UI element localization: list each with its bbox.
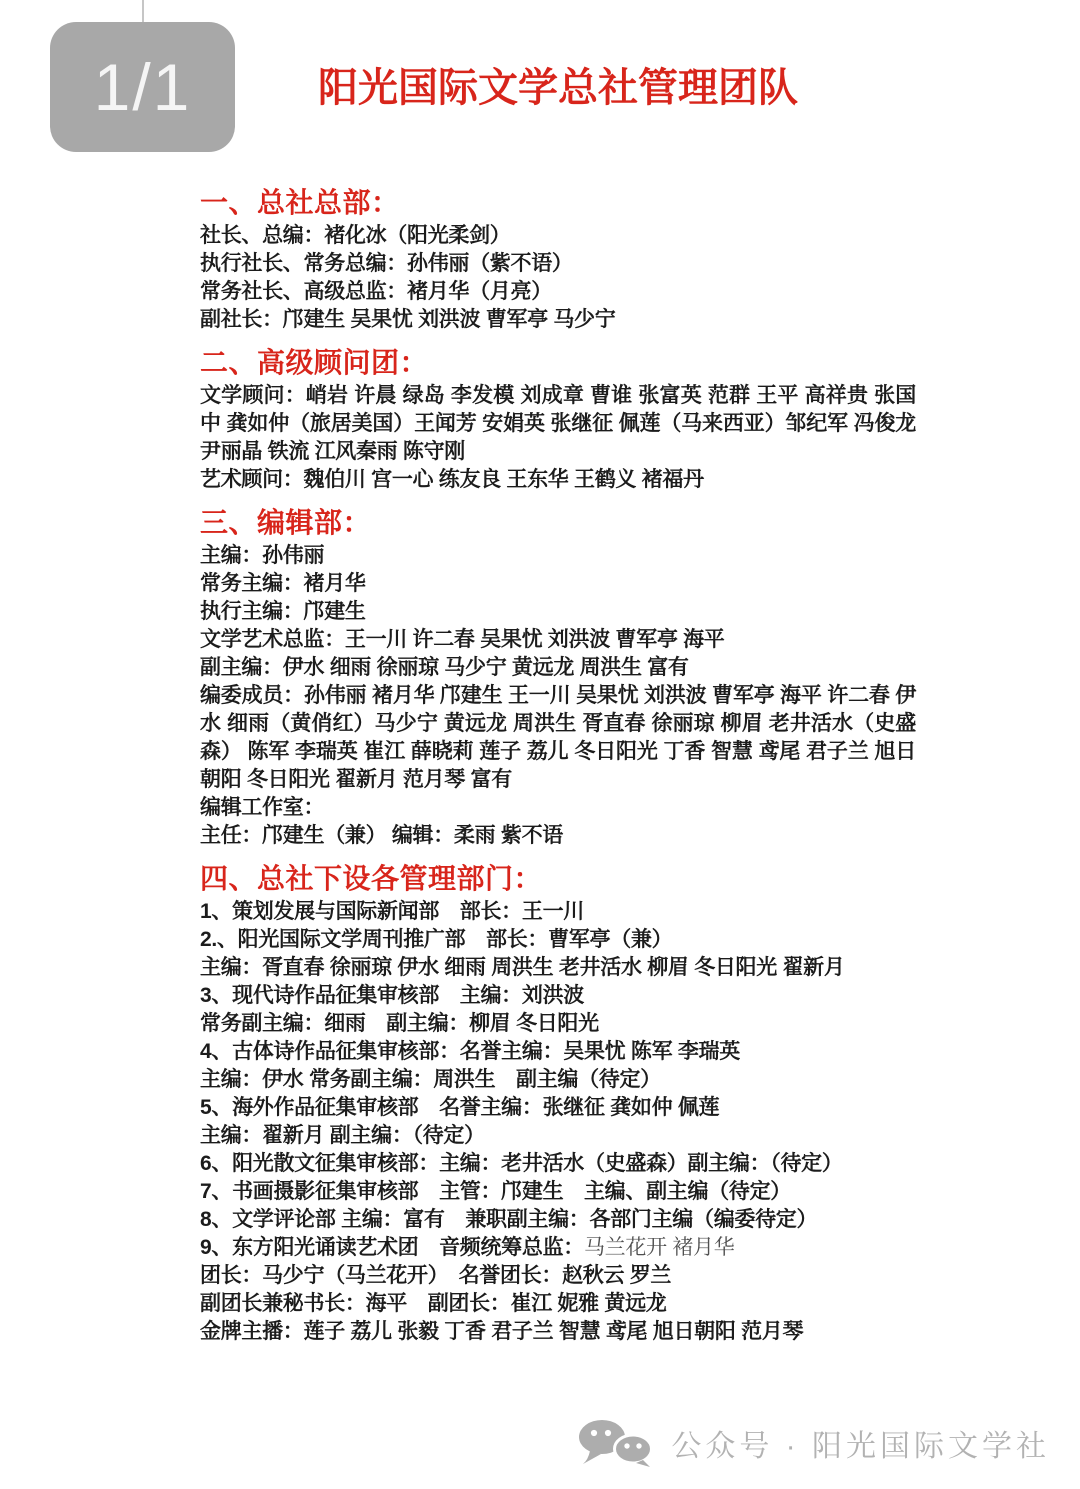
text-line: 执行社长、常务总编：孙伟丽（紫不语） — [200, 250, 916, 278]
audio-line-names: 马兰花开 褚月华 — [584, 1236, 734, 1259]
text-line: 常务社长、高级总监：褚月华（月亮） — [200, 278, 916, 306]
section-management-depts: 四、总社下设各管理部门： 1、策划发展与国际新闻部 部长：王一川 2.、阳光国际… — [200, 862, 916, 1346]
audio-line-label: 9、东方阳光诵读艺术团 音频统筹总监： — [200, 1236, 584, 1259]
text-line: 1、策划发展与国际新闻部 部长：王一川 — [200, 898, 916, 926]
page-title: 阳光国际文学总社管理团队 — [200, 62, 916, 114]
text-line: 常务副主编：细雨 副主编：柳眉 冬日阳光 — [200, 1010, 916, 1038]
document-page: 1/1 阳光国际文学总社管理团队 一、总社总部： 社长、总编：褚化冰（阳光柔剑）… — [0, 0, 1080, 1489]
wechat-icon — [577, 1418, 655, 1468]
document-body: 一、总社总部： 社长、总编：褚化冰（阳光柔剑） 执行社长、常务总编：孙伟丽（紫不… — [200, 186, 916, 1358]
page-edge-line — [142, 0, 144, 24]
text-line-audio-team: 9、东方阳光诵读艺术团 音频统筹总监：马兰花开 褚月华 — [200, 1234, 916, 1262]
text-line: 文学艺术总监：王一川 许二春 吴果忧 刘洪波 曹军亭 海平 — [200, 626, 916, 654]
section-senior-advisors: 二、高级顾问团： 文学顾问：峭岩 许晨 绿岛 李发模 刘成章 曹谁 张富英 范群… — [200, 346, 916, 494]
text-line: 3、现代诗作品征集审核部 主编：刘洪波 — [200, 982, 916, 1010]
text-line: 编辑工作室： — [200, 794, 916, 822]
watermark-text: 公众号 · 阳光国际文学社 — [671, 1421, 1050, 1465]
text-line: 4、古体诗作品征集审核部：名誉主编：吴果忧 陈军 李瑞英 — [200, 1038, 916, 1066]
text-line: 艺术顾问：魏伯川 宫一心 练友良 王东华 王鹤义 褚福丹 — [200, 466, 916, 494]
text-line: 副团长兼秘书长：海平 副团长：崔江 妮雅 黄远龙 — [200, 1290, 916, 1318]
text-line: 8、文学评论部 主编：富有 兼职副主编：各部门主编（编委待定） — [200, 1206, 916, 1234]
text-line: 主编：胥直春 徐丽琼 伊水 细雨 周洪生 老井活水 柳眉 冬日阳光 翟新月 — [200, 954, 916, 982]
text-line: 主编：翟新月 副主编：（待定） — [200, 1122, 916, 1150]
text-line: 主任：邝建生（兼） 编辑：柔雨 紫不语 — [200, 822, 916, 850]
section-heading: 三、编辑部： — [200, 506, 916, 540]
section-heading: 二、高级顾问团： — [200, 346, 916, 380]
text-line: 副社长：邝建生 吴果忧 刘洪波 曹军亭 马少宁 — [200, 306, 916, 334]
text-line: 社长、总编：褚化冰（阳光柔剑） — [200, 222, 916, 250]
text-line: 主编：孙伟丽 — [200, 542, 916, 570]
section-editorial-dept: 三、编辑部： 主编：孙伟丽 常务主编：褚月华 执行主编：邝建生 文学艺术总监：王… — [200, 506, 916, 850]
text-line: 副主编：伊水 细雨 徐丽琼 马少宁 黄远龙 周洪生 富有 — [200, 654, 916, 682]
text-line: 主编：伊水 常务副主编：周洪生 副主编（待定） — [200, 1066, 916, 1094]
watermark: 公众号 · 阳光国际文学社 — [577, 1418, 1050, 1468]
section-heading: 四、总社下设各管理部门： — [200, 862, 916, 896]
text-line: 团长：马少宁（马兰花开） 名誉团长：赵秋云 罗兰 — [200, 1262, 916, 1290]
text-line: 执行主编：邝建生 — [200, 598, 916, 626]
text-line: 常务主编：褚月华 — [200, 570, 916, 598]
text-line: 编委成员：孙伟丽 褚月华 邝建生 王一川 吴果忧 刘洪波 曹军亭 海平 许二春 … — [200, 682, 916, 794]
text-line: 文学顾问：峭岩 许晨 绿岛 李发模 刘成章 曹谁 张富英 范群 王平 高祥贵 张… — [200, 382, 916, 466]
text-line: 5、海外作品征集审核部 名誉主编：张继征 龚如仲 佩莲 — [200, 1094, 916, 1122]
text-line: 7、书画摄影征集审核部 主管：邝建生 主编、副主编（待定） — [200, 1178, 916, 1206]
text-line: 6、阳光散文征集审核部：主编：老井活水（史盛森）副主编：（待定） — [200, 1150, 916, 1178]
section-headquarters: 一、总社总部： 社长、总编：褚化冰（阳光柔剑） 执行社长、常务总编：孙伟丽（紫不… — [200, 186, 916, 334]
page-number-label: 1/1 — [94, 49, 192, 125]
text-line: 金牌主播：莲子 荔儿 张毅 丁香 君子兰 智慧 鸢尾 旭日朝阳 范月琴 — [200, 1318, 916, 1346]
text-line: 2.、阳光国际文学周刊推广部 部长：曹军亭（兼） — [200, 926, 916, 954]
section-heading: 一、总社总部： — [200, 186, 916, 220]
